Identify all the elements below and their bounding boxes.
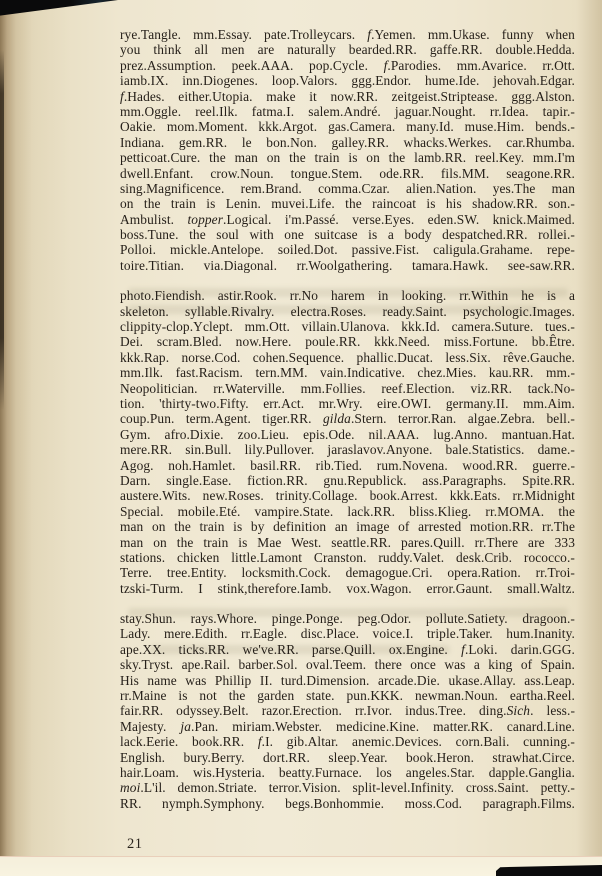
text-line: His name was Phillip II. turd.Dimension.… xyxy=(120,673,575,688)
text-line: Polloi. mickle.Antelope. soiled.Dot. pas… xyxy=(120,242,575,257)
paragraph-3: stay.Shun. rays.Whore. pinge.Ponge. peg.… xyxy=(120,611,575,811)
text-line: prez.Assumption. peek.AAA. pop.Cycle. f.… xyxy=(120,58,575,73)
text-line: fair.RR. odyssey.Belt. razor.Erection. r… xyxy=(120,703,575,718)
text-line: skeleton. syllable.Rivalry. electra.Rose… xyxy=(120,304,575,319)
text-line: Lady. mere.Edith. rr.Eagle. disc.Place. … xyxy=(120,626,575,641)
text-line: lack.Eerie. book.RR. f.I. gib.Altar. ane… xyxy=(120,734,575,749)
text-line: kkk.Rap. norse.Cod. cohen.Sequence. phal… xyxy=(120,350,575,365)
text-line: man on the train is by definition an ima… xyxy=(120,519,575,534)
text-line: RR. nymph.Symphony. begs.Bonhommie. moss… xyxy=(120,796,575,811)
text-line: rye.Tangle. mm.Essay. pate.Trolleycars. … xyxy=(120,27,575,42)
text-line: Gym. afro.Dixie. zoo.Lieu. epis.Ode. nil… xyxy=(120,427,575,442)
text-line: mm.Oggle. reel.Ilk. fatma.I. salem.André… xyxy=(120,104,575,119)
text-line: stations. chicken little.Lamont Cranston… xyxy=(120,550,575,565)
page-text-block: rye.Tangle. mm.Essay. pate.Trolleycars. … xyxy=(120,27,575,811)
text-line: tion. 'thirty-two.Fifty. err.Act. mr.Wry… xyxy=(120,396,575,411)
text-line: dwell.Enfant. crow.Noun. tongue.Stem. od… xyxy=(120,166,575,181)
text-line: coup.Pun. term.Agent. tiger.RR. gilda.St… xyxy=(120,411,575,426)
text-line: photo.Fiendish. astir.Rook. rr.No harem … xyxy=(120,288,575,303)
text-line: austere.Wits. new.Roses. trinity.Collage… xyxy=(120,488,575,503)
text-line: stay.Shun. rays.Whore. pinge.Ponge. peg.… xyxy=(120,611,575,626)
text-line: Ambulist. topper.Logical. i'm.Passé. ver… xyxy=(120,212,575,227)
text-line: Oakie. mom.Moment. kkk.Argot. gas.Camera… xyxy=(120,119,575,134)
text-line: you think all men are naturally bearded.… xyxy=(120,42,575,57)
text-line: tzski-Turm. I stink,therefore.Iamb. vox.… xyxy=(120,581,575,596)
text-line: Darn. single.Ease. fiction.RR. gnu.Repub… xyxy=(120,473,575,488)
page-right-edge-shadow xyxy=(576,0,602,876)
text-line: Special. mobile.Eté. vampire.State. lack… xyxy=(120,504,575,519)
text-line: iamb.IX. inn.Diogenes. loop.Valors. ggg.… xyxy=(120,73,575,88)
page-number: 21 xyxy=(127,836,143,853)
paragraph-1: rye.Tangle. mm.Essay. pate.Trolleycars. … xyxy=(120,27,575,273)
text-line: Indiana. gem.RR. le bon.Non. galley.RR. … xyxy=(120,135,575,150)
scanned-book-page: rye.Tangle. mm.Essay. pate.Trolleycars. … xyxy=(0,0,602,876)
text-line: hair.Loam. wis.Hysteria. beatty.Furnace.… xyxy=(120,765,575,780)
text-line: Majesty. ja.Pan. miriam.Webster. medicin… xyxy=(120,719,575,734)
text-line: toire.Titian. via.Diagonal. rr.Woolgathe… xyxy=(120,258,575,273)
text-line: Agog. noh.Hamlet. basil.RR. rib.Tied. ru… xyxy=(120,458,575,473)
text-line: Terre. tree.Entity. locksmith.Cock. dema… xyxy=(120,565,575,580)
text-line: Neopolitician. rr.Waterville. mm.Follies… xyxy=(120,381,575,396)
text-line: mm.Ilk. fast.Racism. tern.MM. vain.Indic… xyxy=(120,365,575,380)
text-line: ape.XX. ticks.RR. we've.RR. parse.Quill.… xyxy=(120,642,575,657)
text-line: sing.Magnificence. rem.Brand. comma.Czar… xyxy=(120,181,575,196)
text-line: on the train is Lenin. muvei.Life. the r… xyxy=(120,196,575,211)
scan-artifact-bottom-right xyxy=(496,865,602,876)
scan-artifact-top-left xyxy=(0,0,118,17)
paragraph-2: photo.Fiendish. astir.Rook. rr.No harem … xyxy=(120,288,575,596)
text-line: Dei. scram.Bled. now.Here. poule.RR. kkk… xyxy=(120,334,575,349)
text-line: rr.Maine is not the garden state. pun.KK… xyxy=(120,688,575,703)
text-line: moi.L'il. demon.Striate. terror.Vision. … xyxy=(120,780,575,795)
text-line: English. bury.Berry. dort.RR. sleep.Year… xyxy=(120,750,575,765)
text-line: sky.Tryst. ape.Rail. barber.Sol. oval.Te… xyxy=(120,657,575,672)
text-line: mere.RR. sin.Bull. lily.Pullover. jarasl… xyxy=(120,442,575,457)
page-gutter-shadow xyxy=(0,0,70,876)
text-line: boss.Tune. the soul with one suitcase is… xyxy=(120,227,575,242)
text-line: petticoat.Cure. the man on the train is … xyxy=(120,150,575,165)
text-line: man on the train is Mae West. seattle.RR… xyxy=(120,535,575,550)
page-edge-dark-line xyxy=(0,50,4,410)
text-line: f.Hades. either.Utopia. make it now.RR. … xyxy=(120,89,575,104)
text-line: clippity-clop.Yclept. mm.Ott. villain.Ul… xyxy=(120,319,575,334)
